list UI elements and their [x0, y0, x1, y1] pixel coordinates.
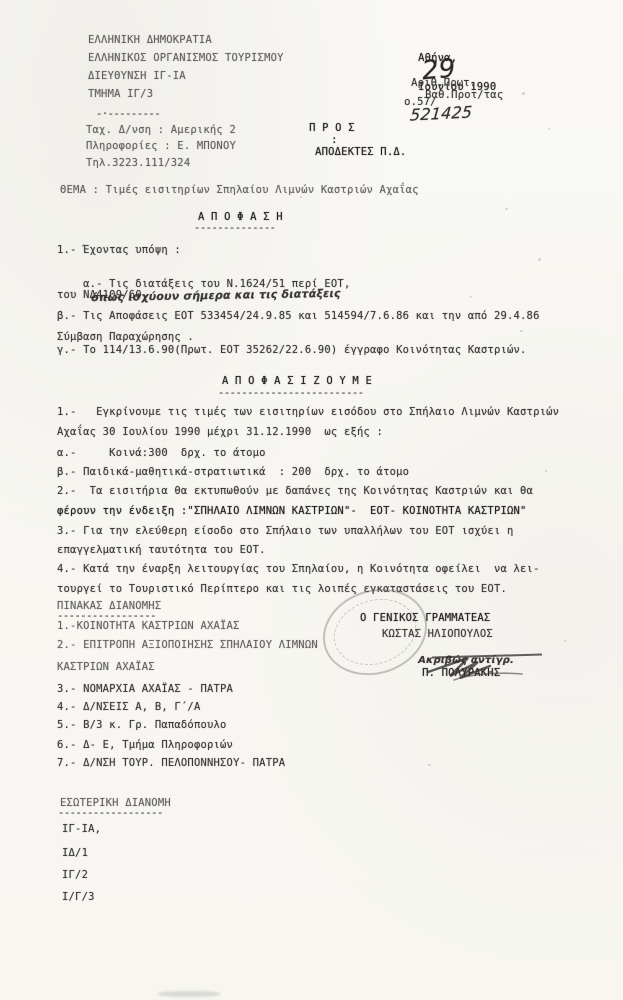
internal-item-4: Ι/Γ/3: [62, 891, 95, 903]
distribution-item-2-cont: ΚΑΣΤΡΙΩΝ ΑΧΑΪΑΣ: [57, 661, 155, 673]
considering-item-c: γ.- Το 114/13.6.90(Πρωτ. ΕΟΤ 35262/22.6.…: [57, 344, 527, 356]
resolution-heading-underline: -------------------------: [218, 387, 364, 399]
distribution-item-6: 6.- Δ- Ε, Τμήμα Πληροφοριών: [57, 739, 233, 751]
distribution-item-7: 7.- Δ/ΝΣΗ ΤΟΥΡ. ΠΕΛΟΠΟΝΝΗΣΟΥ- ΠΑΤΡΑ: [57, 757, 285, 769]
scan-speck: [428, 764, 431, 766]
resolution-p2-line1: 2.- Τα εισιτήρια θα εκτυπωθούν με δαπάνε…: [57, 485, 533, 497]
internal-item-3: ΙΓ/2: [62, 869, 88, 881]
internal-item-2: ΙΔ/1: [62, 847, 88, 859]
distribution-item-5: 5.- Β/3 κ. Γρ. Παπαδόπουλο: [57, 719, 227, 731]
scan-speck: [564, 640, 566, 642]
decision-heading-underline: --------------: [194, 222, 276, 234]
internal-distribution-underline: ------------------: [58, 807, 163, 819]
scan-smudge-bottom: [158, 991, 220, 997]
letterhead-department: ΤΜΗΜΑ ΙΓ/3: [88, 88, 153, 100]
considering-intro: 1.- Έχοντας υπόψη :: [57, 244, 181, 256]
letterhead-directorate: ΔΙΕΥΘΥΝΣΗ ΙΓ-ΙΑ: [88, 70, 186, 82]
scan-speck: [470, 296, 472, 298]
considering-item-a-cont: του ΝΔ4109/60.: [57, 289, 148, 301]
letterhead-divider: -·---------: [96, 108, 160, 120]
resolution-p3-line1: 3.- Για την ελεύθερη είσοδο στο Σπήλαιο …: [57, 525, 514, 537]
scan-speck: [520, 330, 523, 332]
contact-person-line: Πληροφορίες : Ε. ΜΠΟΝΟΥ: [86, 140, 236, 152]
subject-line: ΘΕΜΑ : Τιμές εισιτηρίων Σπηλαίου Λιμνών …: [60, 184, 419, 196]
distribution-item-1: 1.-ΚΟΙΝΟΤΗΤΑ ΚΑΣΤΡΙΩΝ ΑΧΑΪΑΣ: [57, 620, 240, 632]
protocol-number-handwritten: 521425: [410, 106, 473, 121]
distribution-item-3: 3.- ΝΟΜΑΡΧΙΑ ΑΧΑΪΑΣ - ΠΑΤΡΑ: [57, 683, 233, 695]
recipient-label: Π Ρ Ο Σ: [309, 122, 355, 134]
postal-address-line: Ταχ. Δ/νση : Αμερικής 2: [86, 124, 236, 136]
resolution-p4-line2: τουργεί το Τουριστικό Περίπτερο και τις …: [57, 583, 507, 595]
scan-speck: [522, 92, 525, 95]
resolution-p3-line2: επαγγελματική ταυτότητα του ΕΟΤ.: [57, 544, 266, 556]
scan-speck: [548, 128, 550, 130]
scan-speck: [505, 208, 508, 210]
letterhead-organization: ΕΛΛΗΝΙΚΟΣ ΟΡΓΑΝΙΣΜΟΣ ΤΟΥΡΙΣΜΟΥ: [88, 52, 284, 64]
recipient-line: Π Ρ Ο Σ : ΑΠΟΔΕΚΤΕΣ Π.Δ.: [283, 110, 406, 170]
resolution-p1-line2: Αχαΐας 30 Ιουλίου 1990 μέχρι 31.12.1990 …: [57, 426, 383, 438]
distribution-item-2: 2.- ΕΠΙΤΡΟΠΗ ΑΞΙΟΠΟΙΗΣΗΣ ΣΠΗΛΑΙΟΥ ΛΙΜΝΩΝ: [57, 639, 318, 651]
resolution-price-common: α.- Κοινά:300 δρχ. το άτομο: [57, 447, 266, 459]
resolution-p2-line2: φέρουν την ένδειξη :"ΣΠΗΛΑΙΟ ΛΙΜΝΩΝ ΚΑΣΤ…: [57, 505, 527, 517]
resolution-p1-line1: 1.- Εγκρίνουμε τις τιμές των εισιτηρίων …: [57, 406, 559, 418]
considering-item-b: β.- Τις Αποφάσεις ΕΟΤ 533454/24.9.85 και…: [57, 310, 540, 322]
scan-speck: [545, 470, 547, 472]
scan-speck: [538, 258, 541, 261]
recipient-value: ΑΠΟΔΕΚΤΕΣ Π.Δ.: [315, 146, 406, 158]
resolution-heading: Α Π Ο Φ Α Σ Ι Ζ Ο Υ Μ Ε: [222, 375, 372, 387]
distribution-item-4: 4.- Δ/ΝΣΕΙΣ Α, Β, Γ΄/Α: [57, 701, 200, 713]
resolution-price-reduced: β.- Παιδικά-μαθητικά-στρατιωτικά : 200 δ…: [57, 466, 409, 478]
recipient-separator: :: [331, 134, 338, 146]
phone-line: Τηλ.3223.111/324: [86, 157, 190, 169]
scanned-document-page: ΕΛΛΗΝΙΚΗ ΔΗΜΟΚΡΑΤΙΑ ΕΛΛΗΝΙΚΟΣ ΟΡΓΑΝΙΣΜΟΣ…: [0, 0, 623, 1000]
scan-speck: [300, 196, 302, 198]
considering-item-b-cont: Σύμβαση Παραχώρησης .: [57, 331, 194, 343]
handwritten-signature: [420, 650, 530, 684]
letterhead-republic: ΕΛΛΗΝΙΚΗ ΔΗΜΟΚΡΑΤΙΑ: [88, 34, 212, 46]
resolution-p4-line1: 4.- Κατά την έναρξη λειτουργίας του Σπηλ…: [57, 563, 540, 575]
internal-item-1: ΙΓ-ΙΑ,: [62, 823, 101, 835]
